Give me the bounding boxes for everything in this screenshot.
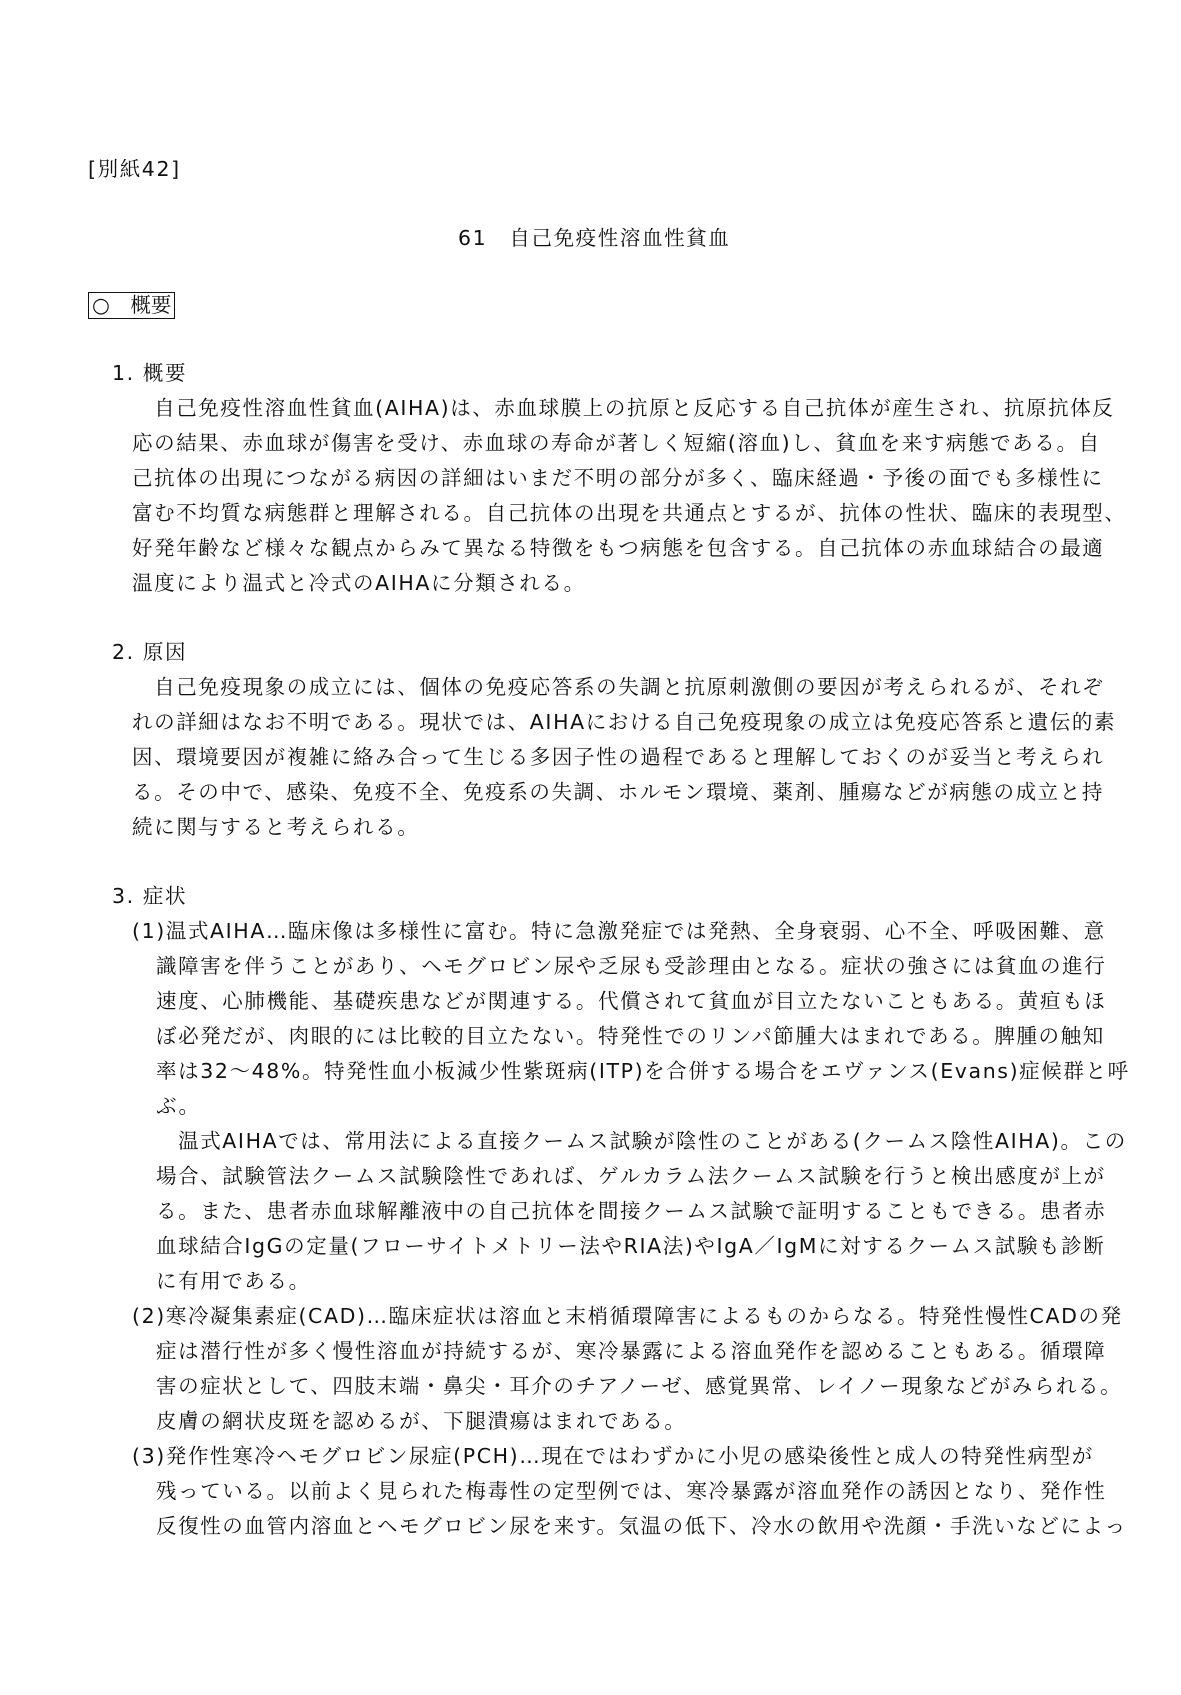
paragraph-line: 好発年齢など様々な観点からみて異なる特徴をもつ病態を包含する。自己抗体の赤血球結… xyxy=(132,536,1104,560)
paragraph-line: に有用である。 xyxy=(156,1269,311,1293)
paragraph-line: 因、環境要因が複雑に絡み合って生じる多因子性の過程であると理解しておくのが妥当と… xyxy=(132,745,1104,769)
paragraph-line: ぶ。 xyxy=(156,1094,201,1118)
paragraph-line: れの詳細はなお不明である。現状では、AIHAにおける自己免疫現象の成立は免疫応答… xyxy=(132,710,1116,734)
document-title: 61 自己免疫性溶血性貧血 xyxy=(458,226,730,250)
list-item-cad: (2)寒冷凝集素症(CAD)…臨床症状は溶血と末梢循環障害によるものからなる。特… xyxy=(132,1304,1123,1328)
paragraph-line: 皮膚の網状皮斑を認めるが、下腿潰瘍はまれである。 xyxy=(156,1409,686,1433)
paragraph-line: ぼ必発だが、肉眼的には比較的目立たない。特発性でのリンパ節腫大はまれである。脾腫… xyxy=(156,1024,1105,1048)
paragraph-line: 症は潜行性が多く慢性溶血が持続するが、寒冷暴露による溶血発作を認めることもある。… xyxy=(156,1339,1106,1363)
paragraph-line: 場合、試験管法クームス試験陰性であれば、ゲルカラム法クームス試験を行うと検出感度… xyxy=(156,1164,1106,1188)
paragraph-line: 残っている。以前よく見られた梅毒性の定型例では、寒冷暴露が溶血発作の誘因となり、… xyxy=(156,1479,1106,1503)
paragraph-line: る。その中で、感染、免疫不全、免疫系の失調、ホルモン環境、薬剤、腫瘍などが病態の… xyxy=(132,780,1104,804)
paragraph-line: 富む不均質な病態群と理解される。自己抗体の出現を共通点とするが、抗体の性状、臨床… xyxy=(132,501,1127,525)
paragraph-line: 率は32～48%。特発性血小板減少性紫斑病(ITP)を合併する場合をエヴァンス(… xyxy=(156,1059,1130,1083)
paragraph-line: る。また、患者赤血球解離液中の自己抗体を間接クームス試験で証明することもできる。… xyxy=(156,1199,1106,1223)
paragraph-line: 自己免疫現象の成立には、個体の免疫応答系の失調と抗原刺激側の要因が考えられるが、… xyxy=(132,675,1104,699)
paragraph-line: 反復性の血管内溶血とヘモグロビン尿を来す。気温の低下、冷水の飲用や洗顔・手洗いな… xyxy=(156,1514,1127,1538)
boxed-heading-overview: ○ 概要 xyxy=(88,292,175,319)
section-heading-overview: 1. 概要 xyxy=(112,361,187,385)
paragraph-line: 応の結果、赤血球が傷害を受け、赤血球の寿命が著しく短縮(溶血)し、貧血を来す病態… xyxy=(132,431,1101,455)
paragraph-line: 温度により温式と冷式のAIHAに分類される。 xyxy=(132,571,586,595)
paragraph-line: 識障害を伴うことがあり、ヘモグロビン尿や乏尿も受診理由となる。症状の強さには貧血… xyxy=(156,954,1106,978)
boxed-heading-text: ○ 概要 xyxy=(92,293,171,317)
list-item-warm-aiha: (1)温式AIHA…臨床像は多様性に富む。特に急激発症では発熱、全身衰弱、心不全… xyxy=(132,919,1106,943)
section-heading-symptoms: 3. 症状 xyxy=(112,884,187,908)
paragraph-line: 続に関与すると考えられる。 xyxy=(132,815,419,839)
paragraph-line: 速度、心肺機能、基礎疾患などが関連する。代償されて貧血が目立たないこともある。黄… xyxy=(156,989,1106,1013)
paragraph-line: 温式AIHAでは、常用法による直接クームス試験が陰性のことがある(クームス陰性A… xyxy=(156,1129,1127,1153)
section-heading-cause: 2. 原因 xyxy=(112,640,187,664)
paragraph-line: 血球結合IgGの定量(フローサイトメトリー法やRIA法)やIgA／IgMに対する… xyxy=(156,1234,1105,1258)
paragraph-line: 自己免疫性溶血性貧血(AIHA)は、赤血球膜上の抗原と反応する自己抗体が産生され… xyxy=(132,396,1114,420)
reference-label: [別紙42] xyxy=(88,157,181,181)
paragraph-line: 害の症状として、四肢末端・鼻尖・耳介のチアノーゼ、感覚異常、レイノー現象などがみ… xyxy=(156,1374,1122,1398)
list-item-pch: (3)発作性寒冷ヘモグロビン尿症(PCH)…現在ではわずかに小児の感染後性と成人… xyxy=(132,1444,1094,1468)
paragraph-line: 己抗体の出現につながる病因の詳細はいまだ不明の部分が多く、臨床経過・予後の面でも… xyxy=(132,466,1104,490)
